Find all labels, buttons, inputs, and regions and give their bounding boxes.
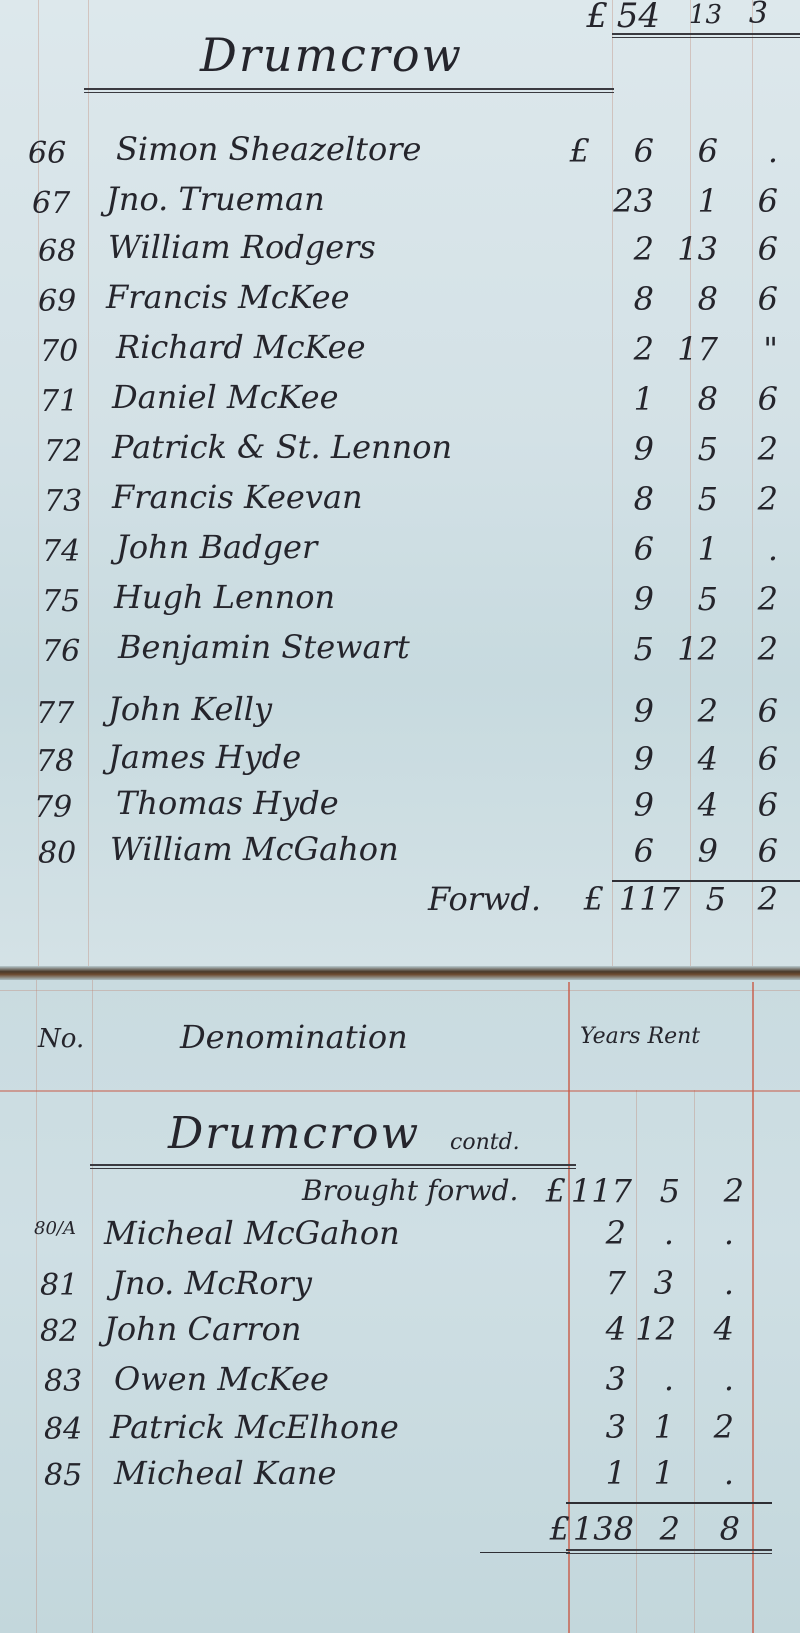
rent-pounds: 9 [608, 430, 654, 468]
tenant-name: Patrick McElhone [110, 1408, 399, 1446]
rent-pounds: 9 [608, 692, 654, 730]
rent-pence: 2 [748, 430, 778, 468]
ledger-row: 67 Jno. Trueman 23 1 6 [0, 180, 800, 230]
carried-pounds: 54 [614, 0, 660, 36]
tenant-name: John Kelly [108, 690, 272, 728]
entry-number: 80/A [34, 1218, 76, 1239]
rent-pence: . [694, 1454, 734, 1492]
rent-pence: 6 [748, 182, 778, 220]
ledger-row: 70 Richard McKee 2 17 " [0, 328, 800, 378]
rent-pounds: 1 [580, 1454, 626, 1492]
entry-number: 67 [32, 186, 70, 221]
rent-pounds: 4 [580, 1310, 626, 1348]
rent-pounds: 3 [580, 1408, 626, 1446]
tenant-name: Hugh Lennon [114, 578, 335, 616]
header-no: No. [38, 1024, 84, 1054]
pound-sign: £ [574, 880, 604, 918]
entry-number: 85 [44, 1458, 82, 1493]
rent-pence: . [694, 1360, 734, 1398]
ledger-row: 81 Jno. McRory 7 3 . [0, 1264, 800, 1314]
rent-shillings: . [634, 1214, 674, 1252]
rent-pounds: 6 [608, 132, 654, 170]
total-rule [612, 33, 800, 38]
rent-shillings: 17 [672, 330, 718, 368]
brought-forward-label: Brought forwd. [302, 1174, 518, 1207]
brought-forward-shillings: 5 [640, 1172, 680, 1210]
ledger-page-top: £ 54 13 3 Drumcrow 66 Simon Sheazeltore … [0, 0, 800, 972]
total-shillings: 2 [640, 1510, 680, 1548]
forward-shillings: 5 [680, 880, 726, 918]
rent-pounds: 23 [608, 182, 654, 220]
rent-pounds: 2 [608, 330, 654, 368]
rent-pounds: 2 [580, 1214, 626, 1252]
entry-number: 72 [44, 434, 82, 469]
pound-sign: £ [578, 0, 608, 36]
rent-shillings: 1 [634, 1454, 674, 1492]
entry-number: 78 [36, 744, 74, 779]
rent-pounds: 9 [608, 580, 654, 618]
pound-sign: £ [540, 1510, 570, 1548]
rent-pence: . [694, 1264, 734, 1302]
rent-pence: 2 [694, 1408, 734, 1446]
entry-number: 74 [42, 534, 80, 569]
rent-pounds: 9 [608, 740, 654, 778]
entry-number: 79 [34, 790, 72, 825]
rent-shillings: 5 [672, 480, 718, 518]
entry-number: 70 [40, 334, 78, 369]
page-seam [0, 966, 800, 980]
rent-pence: 6 [748, 832, 778, 870]
tenant-name: Thomas Hyde [116, 784, 339, 822]
tenant-name: Daniel McKee [112, 378, 339, 416]
rent-shillings: 13 [672, 230, 718, 268]
ledger-row: 82 John Carron 4 12 4 [0, 1310, 800, 1360]
ledger-row: 73 Francis Keevan 8 5 2 [0, 478, 800, 528]
tenant-name: Benjamin Stewart [118, 628, 410, 666]
rent-shillings: 4 [672, 740, 718, 778]
header-years-rent: Years Rent [580, 1024, 700, 1049]
brought-forward-pounds: 117 [570, 1172, 632, 1210]
rent-pounds: 6 [608, 530, 654, 568]
rent-pence: " [748, 330, 778, 368]
tenant-name: William McGahon [110, 830, 399, 868]
entry-number: 68 [38, 234, 76, 269]
tenant-name: Richard McKee [116, 328, 366, 366]
ledger-row: 80/A Micheal McGahon 2 . . [0, 1214, 800, 1264]
rent-shillings: 12 [672, 630, 718, 668]
rent-pence: 6 [748, 380, 778, 418]
entry-number: 66 [28, 136, 66, 171]
rent-pence: 6 [748, 230, 778, 268]
total-rule-lead [480, 1552, 570, 1553]
rent-shillings: 2 [672, 692, 718, 730]
forward-pounds: 117 [616, 880, 680, 918]
rent-shillings: 4 [672, 786, 718, 824]
rent-shillings: 12 [630, 1310, 676, 1348]
tenant-name: William Rodgers [108, 228, 376, 266]
section-title: Drumcrow [168, 1108, 420, 1159]
tenant-name: John Carron [104, 1310, 302, 1348]
ledger-row: 78 James Hyde 9 4 6 [0, 738, 800, 788]
entry-number: 69 [38, 284, 76, 319]
entry-number: 80 [38, 836, 76, 871]
tenant-name: John Badger [116, 528, 317, 566]
tenant-name: Micheal McGahon [104, 1214, 400, 1252]
section-title: Drumcrow [200, 28, 463, 82]
tenant-name: Owen McKee [114, 1360, 329, 1398]
tenant-name: Francis McKee [106, 278, 350, 316]
ruling-line [0, 990, 800, 991]
rent-pence: . [694, 1214, 734, 1252]
forward-pence: 2 [748, 880, 778, 918]
forward-label: Forwd. [428, 880, 541, 918]
entry-number: 83 [44, 1364, 82, 1399]
rent-pence: 6 [748, 740, 778, 778]
entry-number: 82 [40, 1314, 78, 1349]
rent-shillings: 5 [672, 580, 718, 618]
tenant-name: James Hyde [108, 738, 301, 776]
rent-pounds: 8 [608, 480, 654, 518]
rent-shillings: 1 [634, 1408, 674, 1446]
entry-number: 71 [40, 384, 78, 419]
ledger-page-bottom: continued No. Denomination Years Rent Dr… [0, 980, 800, 1633]
rent-pence: . [748, 530, 778, 568]
carried-pence: 3 [738, 0, 768, 31]
pound-sign: £ [536, 1172, 566, 1210]
pound-sign: £ [560, 132, 590, 170]
tenant-name: Micheal Kane [114, 1454, 336, 1492]
rent-pence: 6 [748, 692, 778, 730]
rent-pence: . [748, 132, 778, 170]
total-double-rule [566, 1549, 772, 1554]
tenant-name: Jno. Trueman [106, 180, 325, 218]
rent-shillings: 1 [672, 530, 718, 568]
ledger-row: 77 John Kelly 9 2 6 [0, 690, 800, 740]
ledger-row: 68 William Rodgers 2 13 6 [0, 228, 800, 278]
entry-number: 81 [40, 1268, 78, 1303]
rent-shillings: . [634, 1360, 674, 1398]
rent-pounds: 7 [580, 1264, 626, 1302]
rent-pounds: 3 [580, 1360, 626, 1398]
entry-number: 84 [44, 1412, 82, 1447]
rent-pence: 6 [748, 786, 778, 824]
rent-shillings: 8 [672, 380, 718, 418]
carried-shillings: 13 [682, 0, 722, 30]
tenant-name: Simon Sheazeltore [116, 130, 421, 168]
ledger-row: 79 Thomas Hyde 9 4 6 [0, 784, 800, 834]
rent-pounds: 8 [608, 280, 654, 318]
brought-forward-pence: 2 [700, 1172, 744, 1210]
ledger-row: 72 Patrick & St. Lennon 9 5 2 [0, 428, 800, 478]
title-underline [84, 88, 614, 93]
rent-pounds: 6 [608, 832, 654, 870]
total-pounds: 138 [572, 1510, 634, 1548]
rent-pounds: 9 [608, 786, 654, 824]
ledger-row: 69 Francis McKee 8 8 6 [0, 278, 800, 328]
ledger-row: 84 Patrick McElhone 3 1 2 [0, 1408, 800, 1458]
entry-number: 76 [42, 634, 80, 669]
entry-number: 77 [36, 696, 74, 731]
ledger-row: 71 Daniel McKee 1 8 6 [0, 378, 800, 428]
rent-pounds: 1 [608, 380, 654, 418]
ledger-row: 80 William McGahon 6 9 6 [0, 830, 800, 880]
rent-shillings: 3 [634, 1264, 674, 1302]
rent-pounds: 5 [608, 630, 654, 668]
tenant-name: Patrick & St. Lennon [112, 428, 452, 466]
ledger-row: 75 Hugh Lennon 9 5 2 [0, 578, 800, 628]
rent-shillings: 9 [672, 832, 718, 870]
section-suffix: contd. [450, 1130, 520, 1155]
ledger-row: 83 Owen McKee 3 . . [0, 1360, 800, 1410]
rent-shillings: 6 [672, 132, 718, 170]
subtotal-rule [566, 1502, 772, 1504]
rent-shillings: 8 [672, 280, 718, 318]
entry-number: 75 [42, 584, 80, 619]
rent-pounds: 2 [608, 230, 654, 268]
header-denomination: Denomination [180, 1018, 408, 1056]
ledger-row: 66 Simon Sheazeltore £ 6 6 . [0, 130, 800, 180]
rent-shillings: 1 [672, 182, 718, 220]
rent-pence: 6 [748, 280, 778, 318]
header-rule [0, 1090, 800, 1092]
tenant-name: Jno. McRory [112, 1264, 312, 1302]
total-pence: 8 [700, 1510, 740, 1548]
rent-pence: 4 [694, 1310, 734, 1348]
ledger-row: 74 John Badger 6 1 . [0, 528, 800, 578]
rent-pence: 2 [748, 580, 778, 618]
tenant-name: Francis Keevan [112, 478, 363, 516]
entry-number: 73 [44, 484, 82, 519]
ledger-row: 85 Micheal Kane 1 1 . [0, 1454, 800, 1504]
rent-pence: 2 [748, 480, 778, 518]
rent-shillings: 5 [672, 430, 718, 468]
ledger-row: 76 Benjamin Stewart 5 12 2 [0, 628, 800, 678]
rent-pence: 2 [748, 630, 778, 668]
title-underline [90, 1164, 576, 1169]
